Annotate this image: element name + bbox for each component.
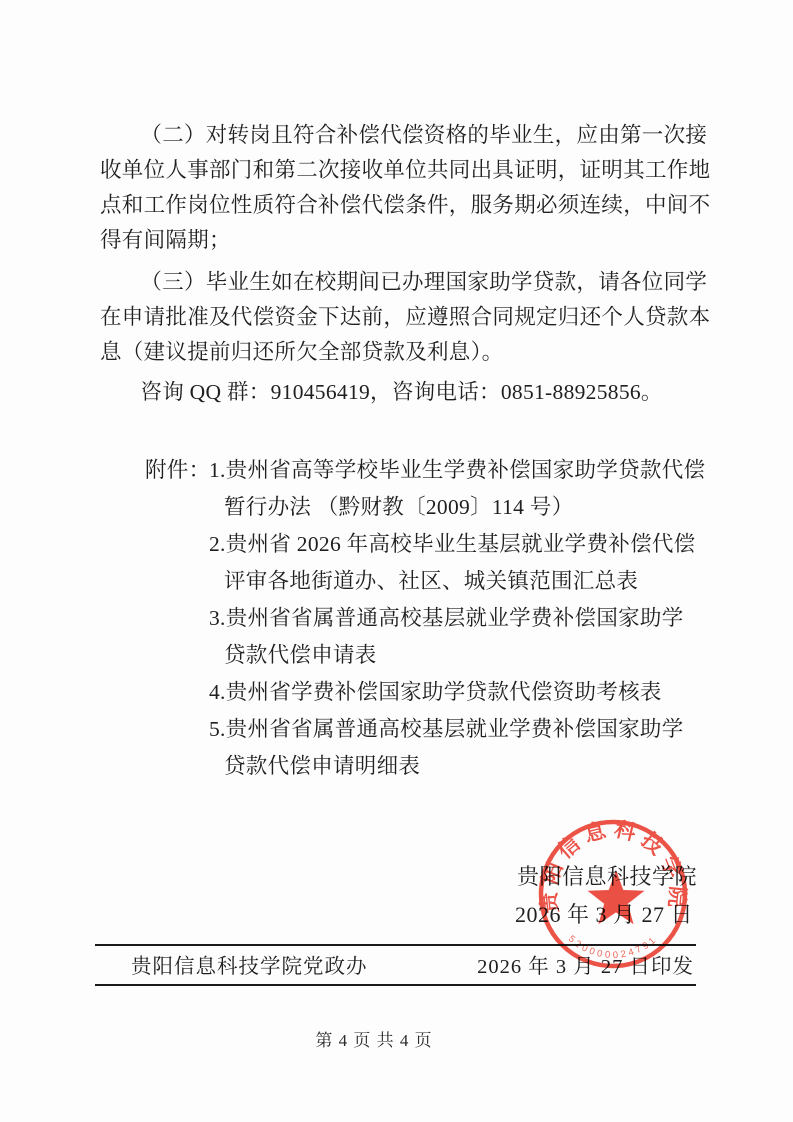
document-body: （二）对转岗且符合补偿代偿资格的毕业生，应由第一次接 收单位人事部门和第二次接收… bbox=[100, 118, 704, 410]
footer-issuer: 贵阳信息科技学院党政办 bbox=[95, 953, 368, 981]
attachment-item-3-line-1: 3.贵州省省属普通高校基层就业学费补偿国家助学 bbox=[209, 600, 705, 637]
attachment-item-3-line-2: 贷款代偿申请表 bbox=[209, 637, 705, 674]
attachments-label: 附件： bbox=[145, 452, 209, 785]
footer-row: 贵阳信息科技学院党政办 2026 年 3 月 27 日印发 bbox=[95, 953, 696, 981]
attachment-item-1-line-2: 暂行办法 （黔财教〔2009〕114 号） bbox=[209, 489, 705, 526]
paragraph-line: 得有间隔期； bbox=[100, 223, 704, 258]
attachment-item-5-line-1: 5.贵州省省属普通高校基层就业学费补偿国家助学 bbox=[209, 711, 705, 748]
footer-print-date: 2026 年 3 月 27 日印发 bbox=[477, 953, 696, 981]
document-page: （二）对转岗且符合补偿代偿资格的毕业生，应由第一次接 收单位人事部门和第二次接收… bbox=[0, 0, 793, 1122]
attachments-items: 1.贵州省高等学校毕业生学费补偿国家助学贷款代偿 暂行办法 （黔财教〔2009〕… bbox=[209, 452, 705, 785]
attachment-item-2-line-2: 评审各地街道办、社区、城关镇范围汇总表 bbox=[209, 563, 705, 600]
contact-line: 咨询 QQ 群：910456419，咨询电话：0851-88925856。 bbox=[100, 375, 704, 410]
attachment-item-4-line-1: 4.贵州省学费补偿国家助学贷款代偿资助考核表 bbox=[209, 674, 705, 711]
paragraph-line: 在申请批准及代偿资金下达前，应遵照合同规定归还个人贷款本 bbox=[100, 300, 704, 335]
page-number: 第 4 页 共 4 页 bbox=[0, 1026, 748, 1051]
paragraph-line: 点和工作岗位性质符合补偿代偿条件，服务期必须连续，中间不 bbox=[100, 188, 704, 223]
paragraph-line: （三）毕业生如在校期间已办理国家助学贷款，请各位同学 bbox=[100, 265, 704, 300]
paragraph-line: （二）对转岗且符合补偿代偿资格的毕业生，应由第一次接 bbox=[100, 118, 704, 153]
attachment-item-1-line-1: 1.贵州省高等学校毕业生学费补偿国家助学贷款代偿 bbox=[209, 452, 705, 489]
signature-block: 贵阳信息科技学院 2026 年 3 月 27 日 bbox=[515, 858, 697, 934]
attachment-item-2-line-1: 2.贵州省 2026 年高校毕业生基层就业学费补偿代偿 bbox=[209, 526, 705, 563]
signature-org: 贵阳信息科技学院 bbox=[515, 858, 697, 896]
footer-top-rule bbox=[95, 944, 696, 946]
contact-paragraph: 咨询 QQ 群：910456419，咨询电话：0851-88925856。 bbox=[100, 375, 704, 410]
body-paragraph-3: （三）毕业生如在校期间已办理国家助学贷款，请各位同学 在申请批准及代偿资金下达前… bbox=[100, 265, 704, 370]
signature-date: 2026 年 3 月 27 日 bbox=[515, 896, 697, 934]
footer-bottom-rule bbox=[95, 984, 696, 986]
paragraph-line: 收单位人事部门和第二次接收单位共同出具证明，证明其工作地 bbox=[100, 153, 704, 188]
attachments-block: 附件： 1.贵州省高等学校毕业生学费补偿国家助学贷款代偿 暂行办法 （黔财教〔2… bbox=[145, 452, 705, 785]
attachment-item-5-line-2: 贷款代偿申请明细表 bbox=[209, 748, 705, 785]
body-paragraph-2: （二）对转岗且符合补偿代偿资格的毕业生，应由第一次接 收单位人事部门和第二次接收… bbox=[100, 118, 704, 258]
paragraph-line: 息（建议提前归还所欠全部贷款及利息）。 bbox=[100, 335, 704, 370]
